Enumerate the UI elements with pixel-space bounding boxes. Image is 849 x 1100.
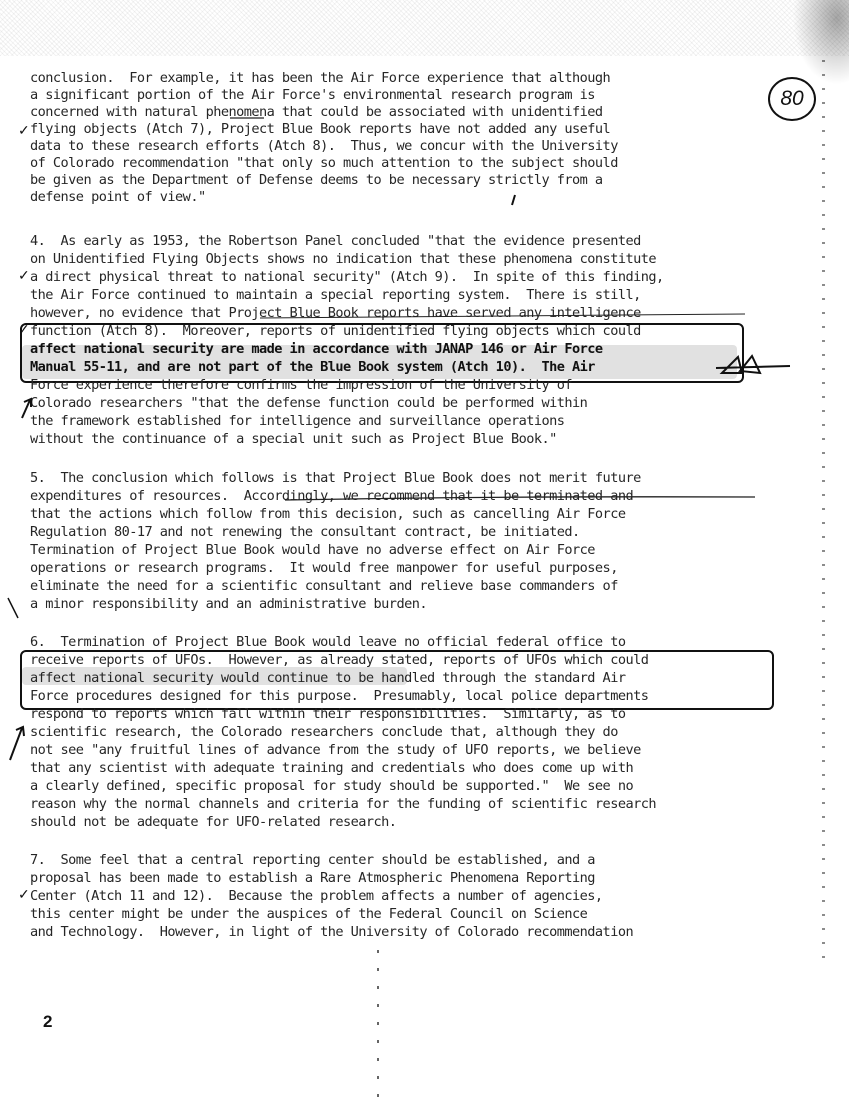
text-line: a significant portion of the Air Force's… <box>30 87 595 104</box>
text-line: that any scientist with adequate trainin… <box>30 760 633 777</box>
text-line: function (Atch 8). Moreover, reports of … <box>30 323 641 340</box>
text-line: be given as the Department of Defense de… <box>30 172 603 189</box>
text-line: Regulation 80-17 and not renewing the co… <box>30 524 580 541</box>
text-line: data to these research efforts (Atch 8).… <box>30 138 618 155</box>
text-line: operations or research programs. It woul… <box>30 560 618 577</box>
text-line: Center (Atch 11 and 12). Because the pro… <box>30 888 603 905</box>
page-number: 2 <box>43 1012 52 1032</box>
margin-circled-number: 80 <box>768 77 816 121</box>
text-line: Termination of Project Blue Book would h… <box>30 542 595 559</box>
text-line: proposal has been made to establish a Ra… <box>30 870 595 887</box>
margin-check-icon: ✓ <box>18 886 30 903</box>
document-page: 80 conclusion. For example, it has been … <box>0 0 849 1100</box>
text-line: eliminate the need for a scientific cons… <box>30 578 618 595</box>
text-line: this center might be under the auspices … <box>30 906 587 923</box>
text-line: 6. Termination of Project Blue Book woul… <box>30 634 625 651</box>
text-line: a minor responsibility and an administra… <box>30 596 427 613</box>
text-line: defense point of view." <box>30 189 206 206</box>
text-line: should not be adequate for UFO-related r… <box>30 814 396 831</box>
text-line: without the continuance of a special uni… <box>30 431 557 448</box>
text-line: on Unidentified Flying Objects shows no … <box>30 251 656 268</box>
text-line: 7. Some feel that a central reporting ce… <box>30 852 595 869</box>
text-line: Force experience therefore confirms the … <box>30 377 572 394</box>
text-line: scientific research, the Colorado resear… <box>30 724 618 741</box>
text-line: Manual 55-11, and are not part of the Bl… <box>30 359 595 376</box>
text-line: concerned with natural phenomena that co… <box>30 104 603 121</box>
text-line: and Technology. However, in light of the… <box>30 924 633 941</box>
text-line: the framework established for intelligen… <box>30 413 564 430</box>
text-line: not see "any fruitful lines of advance f… <box>30 742 641 759</box>
text-line: receive reports of UFOs. However, as alr… <box>30 652 648 669</box>
text-line: conclusion. For example, it has been the… <box>30 70 610 87</box>
text-line: reason why the normal channels and crite… <box>30 796 656 813</box>
text-line: a clearly defined, specific proposal for… <box>30 778 633 795</box>
margin-check-icon: ✓ <box>18 122 30 139</box>
text-line: that the actions which follow from this … <box>30 506 625 523</box>
text-line: Colorado researchers "that the defense f… <box>30 395 587 412</box>
text-line: however, no evidence that Project Blue B… <box>30 305 641 322</box>
text-line: of Colorado recommendation "that only so… <box>30 155 618 172</box>
margin-check-icon: ✓ <box>18 321 30 338</box>
text-line: a direct physical threat to national sec… <box>30 269 664 286</box>
text-line: flying objects (Atch 7), Project Blue Bo… <box>30 121 610 138</box>
text-line: the Air Force continued to maintain a sp… <box>30 287 641 304</box>
text-line: expenditures of resources. Accordingly, … <box>30 488 633 505</box>
text-line: affect national security would continue … <box>30 670 625 687</box>
text-line: 4. As early as 1953, the Robertson Panel… <box>30 233 641 250</box>
text-line: respond to reports which fall within the… <box>30 706 625 723</box>
text-line: 5. The conclusion which follows is that … <box>30 470 641 487</box>
margin-check-icon: ✓ <box>18 267 30 284</box>
text-line: Force procedures designed for this purpo… <box>30 688 648 705</box>
text-line: affect national security are made in acc… <box>30 341 603 358</box>
